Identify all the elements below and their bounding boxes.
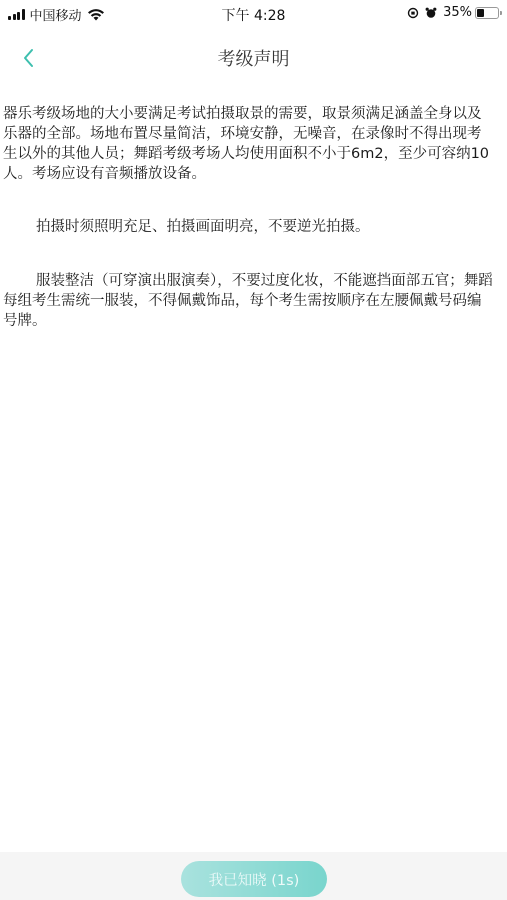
paragraph-lighting: 拍摄时须照明充足、拍摄画面明亮，不要逆光拍摄。	[3, 217, 493, 237]
declaration-content: 器乐考级场地的大小要满足考试拍摄取景的需要，取景须满足涵盖全身以及乐器的全部。场…	[3, 104, 493, 331]
page-title: 考级声明	[0, 45, 507, 71]
footer-bar: 我已知晓 (1s)	[0, 852, 507, 900]
status-bar: 中国移动 下午 4:28 35%	[0, 0, 507, 28]
paragraph-attire: 服装整洁（可穿演出服演奏），不要过度化妆，不能遮挡面部五官；舞蹈每组考生需统一服…	[3, 271, 493, 331]
acknowledge-button[interactable]: 我已知晓 (1s)	[181, 861, 327, 897]
orientation-lock-icon	[407, 7, 419, 19]
nav-bar: 考级声明	[0, 30, 507, 86]
status-right: 35%	[407, 5, 499, 20]
paragraph-venue: 器乐考级场地的大小要满足考试拍摄取景的需要，取景须满足涵盖全身以及乐器的全部。场…	[3, 104, 493, 184]
alarm-icon	[425, 7, 437, 19]
battery-icon	[475, 7, 499, 19]
battery-percent: 35%	[443, 5, 472, 20]
